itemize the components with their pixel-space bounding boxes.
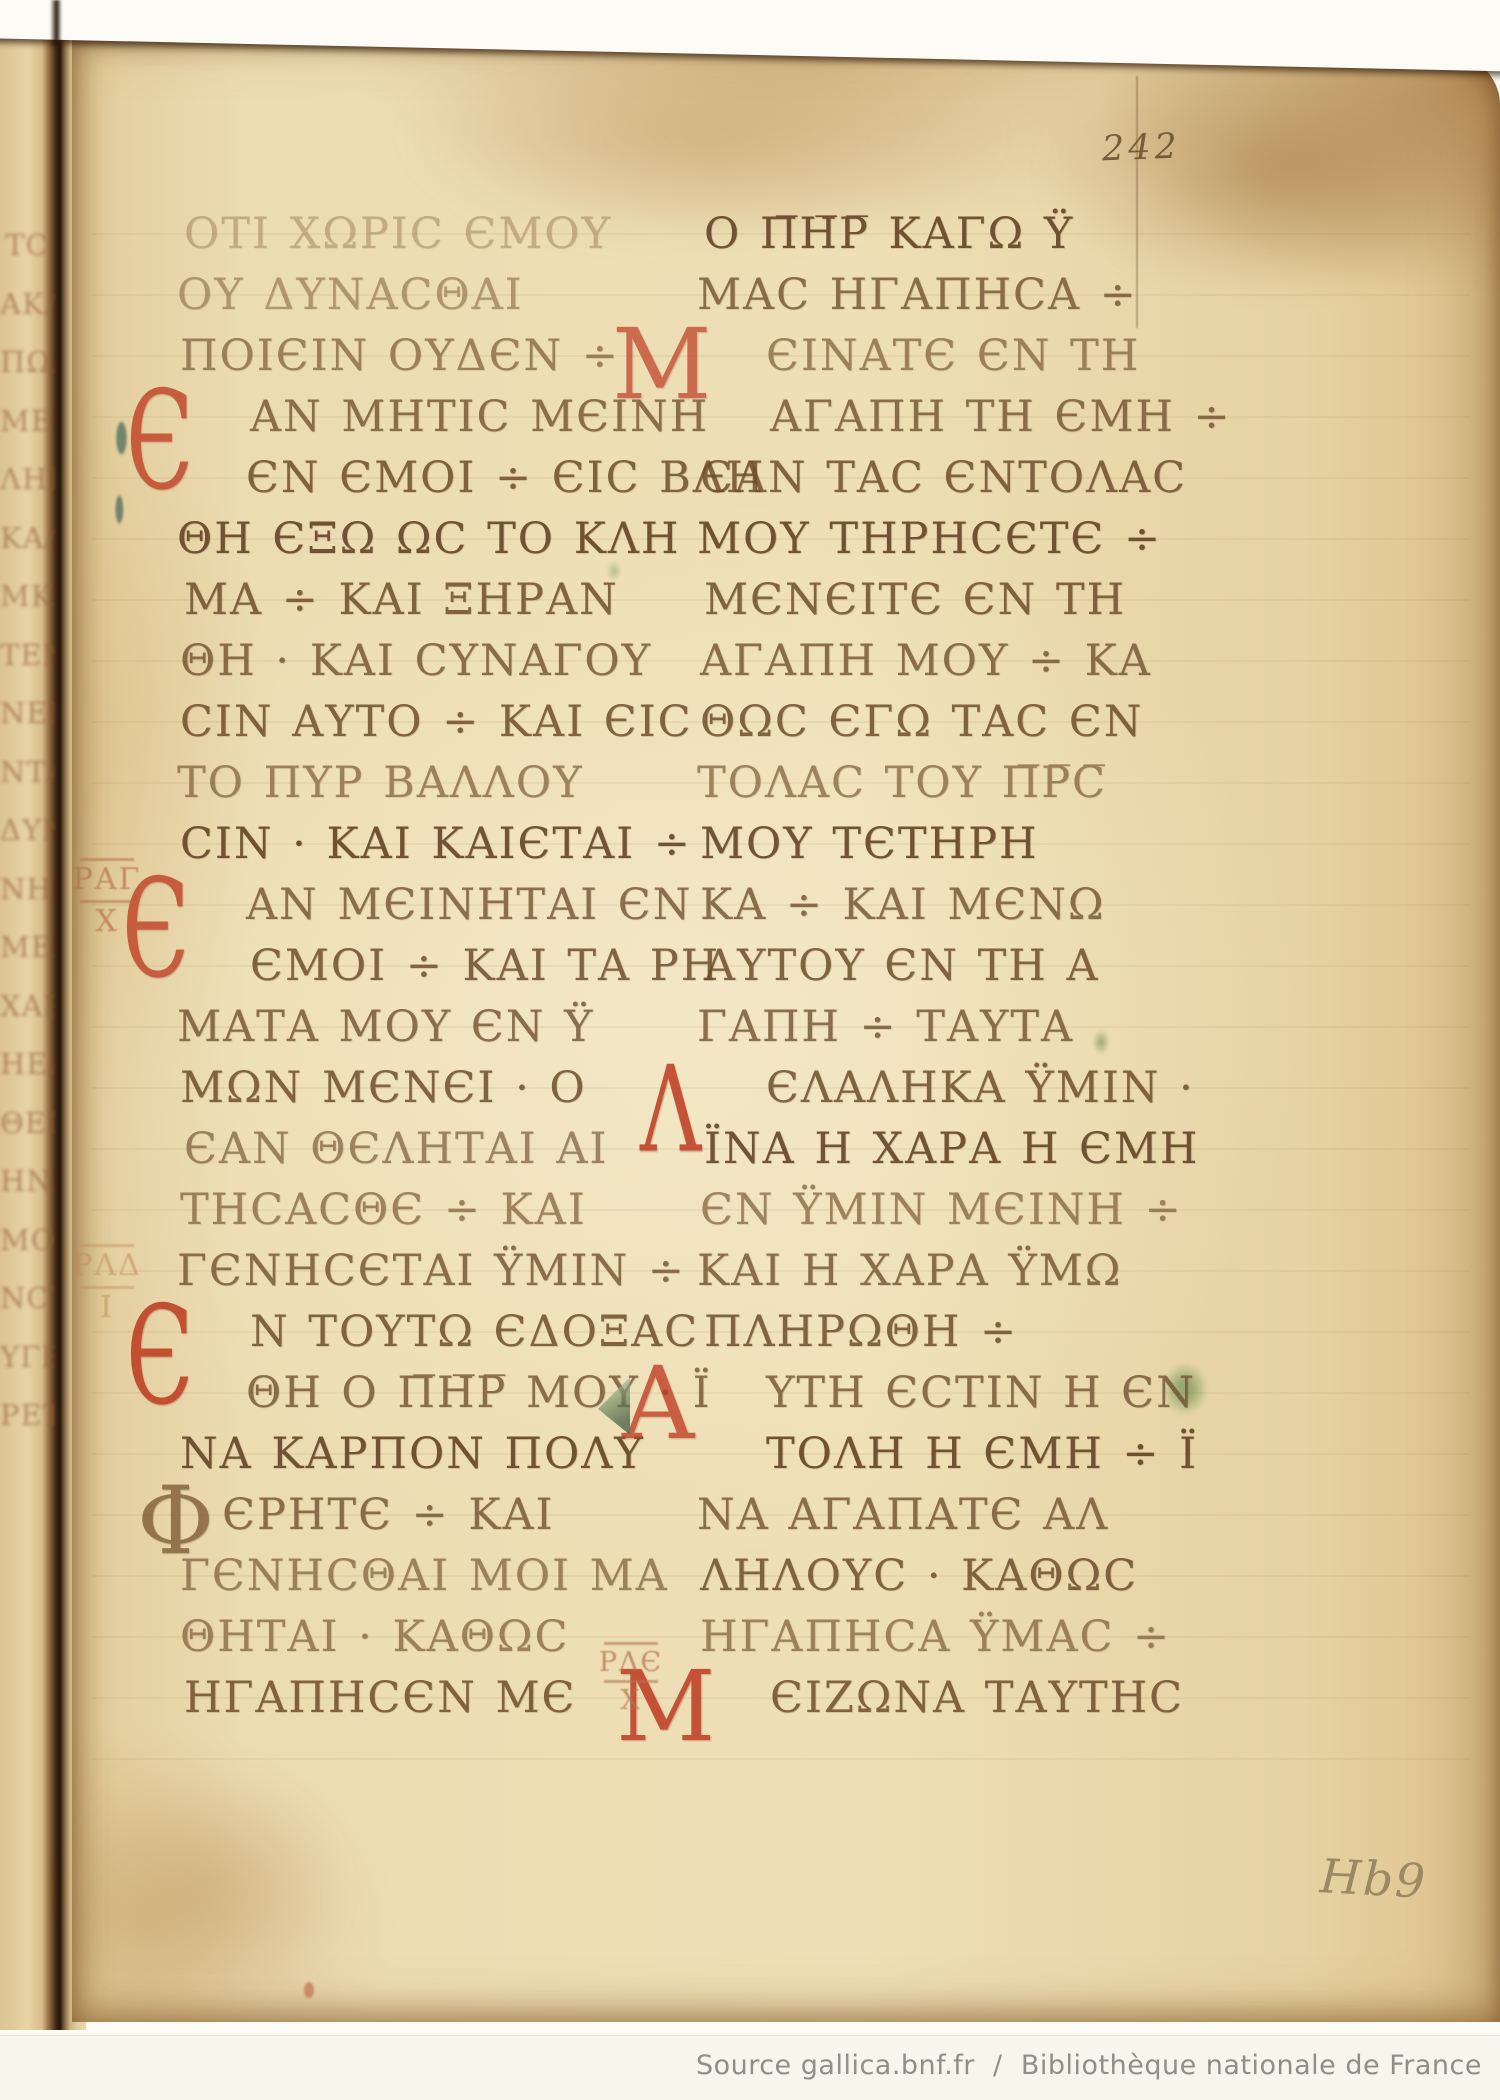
line-text: ΝΑ ΑΓΑΠΑΤЄ ΑΛ bbox=[697, 1490, 1109, 1540]
line-text: ЄΙΝΑΤЄ ЄΝ ΤΗ bbox=[766, 331, 1140, 381]
kephalaion-subletter: Χ bbox=[72, 905, 142, 940]
text-line: ΪΝΑ Η ΧΑΡΑ Η ЄΜΗ bbox=[704, 1119, 1194, 1180]
caption-bar: Source gallica.bnf.fr / Bibliothèque nat… bbox=[0, 2035, 1500, 2100]
line-text: ΠΟΙЄΙΝ ΟΥΔЄΝ ÷ bbox=[180, 331, 620, 381]
text-line: ЄΝ ЄΜΟΙ ÷ ЄΙϹ ΒΛΗ bbox=[180, 448, 670, 509]
ghost-text-fragment: ΛΗΠΑΙ bbox=[0, 450, 54, 509]
kephalaion-rule bbox=[604, 1642, 658, 1645]
ghost-text-fragment: ΜΕΝ bbox=[0, 392, 54, 451]
line-text: ЄΑΝ ΤΑϹ ЄΝΤΟΛΑϹ bbox=[700, 453, 1187, 503]
text-line: ΜΑϹ ΗΓΑΠΗϹΑ ÷ bbox=[697, 265, 1187, 326]
line-text: ΜΑΤΑ ΜΟΥ ЄΝ Ϋ bbox=[177, 1002, 594, 1052]
line-text: ΘΗΤΑΙ · ΚΑΘΩϹ bbox=[180, 1612, 569, 1662]
text-line: ΜЄΝЄΙΤЄ ЄΝ ΤΗ bbox=[704, 570, 1194, 631]
line-text: ΤΗϹΑϹΘЄ ÷ ΚΑΙ bbox=[180, 1185, 587, 1235]
kephalaion-mark-1: ΡΑΓ Χ bbox=[72, 856, 142, 939]
line-text: ΗΓΑΠΗϹΑ ΫΜΑϹ ÷ bbox=[700, 1612, 1171, 1662]
line-text: ΘΗ ЄΞΩ ΩϹ ΤΟ ΚΛΗ bbox=[177, 514, 680, 564]
text-line: ΠΛΗΡΩΘΗ ÷ bbox=[704, 1302, 1194, 1363]
line-text: ΜΟΥ ΤЄΤΗΡΗ bbox=[700, 819, 1039, 869]
text-line: ΑΓΑΠΗ ΤΗ ЄΜΗ ÷ bbox=[704, 387, 1194, 448]
line-text: ΑΝ ΜЄΙΝΗΤΑΙ ЄΝ bbox=[246, 880, 692, 930]
text-line: ΜЄΙΖΩΝΑ ΤΑΥΤΗϹ bbox=[704, 1668, 1194, 1729]
ghost-text-fragment: ΘΕΝ bbox=[0, 1094, 54, 1153]
text-line: ΑΥΤΟΥ ЄΝ ΤΗ Α bbox=[704, 936, 1194, 997]
text-line: ΤΗϹΑϹΘЄ ÷ ΚΑΙ bbox=[180, 1180, 670, 1241]
text-line: ϹΙΝ · ΚΑΙ ΚΑΙЄΤΑΙ ÷ bbox=[180, 814, 670, 875]
ghost-text-fragment: ΚΑΛΤϹ bbox=[0, 509, 54, 568]
line-text: ΤΟΛΗ Η ЄΜΗ ÷ Ϊ bbox=[766, 1429, 1198, 1479]
line-text: ΟΤΙ ΧΩΡΙϹ ЄΜΟΥ bbox=[184, 209, 612, 259]
text-line: ЄΑΝ ΜΗΤΙϹ ΜЄΙΝΗ bbox=[184, 387, 674, 448]
line-text: ЄΝ ЄΜΟΙ ÷ ЄΙϹ ΒΛΗ bbox=[246, 453, 765, 503]
line-text: ΓΑΠΗ ÷ ΤΑΥΤΑ bbox=[697, 1002, 1074, 1052]
ghost-text-fragment: ΑΚΛ bbox=[0, 275, 54, 334]
ghost-text-fragment: ΗΕΛΑ bbox=[0, 1035, 54, 1094]
line-text: ЄΜΟΙ ÷ ΚΑΙ ΤΑ ΡΗ bbox=[250, 941, 720, 991]
text-line: ΜЄΙΝΑΤЄ ЄΝ ΤΗ bbox=[700, 326, 1190, 387]
manuscript-photo: ΤϹΑΚΛΠΩΛΑΜΕΝΛΗΠΑΙΚΑΛΤϹΜΚΑΨΤΕΝΑΝΕΡΑΨΝΤΑΕΙ… bbox=[0, 0, 1500, 2100]
line-text: ΜΟΥ ΤΗΡΗϹЄΤЄ ÷ bbox=[697, 514, 1162, 564]
text-line: ΚΑ ÷ ΚΑΙ ΜЄΝΩ bbox=[700, 875, 1190, 936]
kephalaion-rule bbox=[80, 900, 134, 903]
line-text: ΤΟ ΠΥΡ ΒΑΛΛΟΥ bbox=[177, 758, 584, 808]
kephalaion-numeral: ΡΑΓ bbox=[73, 862, 142, 897]
text-line: ΝΑ ΑΓΑΠΑΤЄ ΑΛ bbox=[697, 1485, 1187, 1546]
gutter-shadow-top bbox=[50, 0, 62, 46]
text-line: ΦЄΡΗΤЄ ÷ ΚΑΙ bbox=[177, 1485, 667, 1546]
line-text: ΑΓΑΠΗ ΜΟΥ ÷ ΚΑ bbox=[700, 636, 1152, 686]
ghost-text-fragment: ΝΗΡ bbox=[0, 860, 54, 919]
line-text: ЄΡΗΤЄ ÷ ΚΑΙ bbox=[222, 1490, 554, 1540]
line-text: ΟΥ ΔΥΝΑϹΘΑΙ bbox=[177, 270, 524, 320]
kephalaion-rule bbox=[80, 1286, 134, 1289]
line-text: ϹΙΝ ΑΥΤΟ ÷ ΚΑΙ ЄΙϹ bbox=[180, 697, 693, 747]
line-text: ΑΓΑΠΗ ΤΗ ЄΜΗ ÷ bbox=[770, 392, 1232, 442]
left-text-column: ΟΤΙ ΧΩΡΙϹ ЄΜΟΥΟΥ ΔΥΝΑϹΘΑΙΠΟΙЄΙΝ ΟΥΔЄΝ ÷Є… bbox=[180, 204, 670, 1729]
kephalaion-mark-2: ΡΛΔ Ι bbox=[72, 1242, 142, 1325]
text-line: Ο Π̅Η̅Ρ̅ ΚΑΓΩ Ϋ bbox=[704, 204, 1194, 265]
text-line: ΝΑ ΚΑΡΠΟΝ ΠΟΛΥ bbox=[180, 1424, 670, 1485]
line-text: ΜΑϹ ΗΓΑΠΗϹΑ ÷ bbox=[697, 270, 1138, 320]
initial-letter: Α bbox=[622, 1361, 696, 1446]
source-caption: Source gallica.bnf.fr / Bibliothèque nat… bbox=[696, 2036, 1482, 2100]
ghost-text-fragment: ΡΕΤ bbox=[0, 1386, 54, 1445]
book-spread: ΤϹΑΚΛΠΩΛΑΜΕΝΛΗΠΑΙΚΑΛΤϹΜΚΑΨΤΕΝΑΝΕΡΑΨΝΤΑΕΙ… bbox=[0, 0, 1500, 2030]
text-line: ΘΗ · ΚΑΙ ϹΥΝΑΓΟΥ bbox=[180, 631, 670, 692]
text-line: ΜΩΝ ΜЄΝЄΙ · Ο bbox=[180, 1058, 670, 1119]
text-line: ΜΟΥ ΤЄΤΗΡΗ bbox=[700, 814, 1190, 875]
line-text: ΓЄΝΗϹЄΤΑΙ ΫΜΙΝ ÷ bbox=[177, 1246, 686, 1296]
ghost-text-fragment: ΜΚΑΨ bbox=[0, 567, 54, 626]
text-line: ЄΝ ΫΜΙΝ ΜЄΙΝΗ ÷ bbox=[700, 1180, 1190, 1241]
line-text: ΝΑ ΚΑΡΠΟΝ ΠΟΛΥ bbox=[180, 1429, 645, 1479]
text-line: ΜΑ ÷ ΚΑΙ ΞΗΡΑΝ bbox=[184, 570, 674, 631]
kephalaion-rule bbox=[604, 1680, 658, 1683]
text-line: ΑΓΑΠΗ ΜΟΥ ÷ ΚΑ bbox=[700, 631, 1190, 692]
right-text-column: Ο Π̅Η̅Ρ̅ ΚΑΓΩ ΫΜΑϹ ΗΓΑΠΗϹΑ ÷ΜЄΙΝΑΤЄ ЄΝ Τ… bbox=[700, 204, 1190, 1729]
text-line: ЄΜΟΙ ÷ ΚΑΙ ΤΑ ΡΗ bbox=[184, 936, 674, 997]
ghost-text-fragment: ΜΟϹ bbox=[0, 1211, 54, 1270]
line-text: ϹΙΝ · ΚΑΙ ΚΑΙЄΤΑΙ ÷ bbox=[180, 819, 692, 869]
text-line: ΤΟΛΗ Η ЄΜΗ ÷ Ϊ bbox=[700, 1424, 1190, 1485]
text-line: ΟΤΙ ΧΩΡΙϹ ЄΜΟΥ bbox=[184, 204, 674, 265]
line-text: ΥΤΗ ЄϹΤΙΝ Η ЄΝ bbox=[766, 1368, 1196, 1418]
line-text: ΜЄΝЄΙΤЄ ЄΝ ΤΗ bbox=[704, 575, 1126, 625]
text-line: ΤΟ ΠΥΡ ΒΑΛΛΟΥ bbox=[177, 753, 667, 814]
text-line: ЄΑΝ ΜЄΙΝΗΤΑΙ ЄΝ bbox=[180, 875, 670, 936]
line-text: ЄΛΑΛΗΚΑ ΫΜΙΝ · bbox=[766, 1063, 1195, 1113]
line-text: ΓЄΝΗϹΘΑΙ ΜΟΙ ΜΑ bbox=[180, 1551, 669, 1601]
ghost-text-fragment: ΤΕΝΑ bbox=[0, 626, 54, 685]
line-text: ЄΝ ΫΜΙΝ ΜЄΙΝΗ ÷ bbox=[700, 1185, 1183, 1235]
text-line: ΜΟΥ ΤΗΡΗϹЄΤЄ ÷ bbox=[697, 509, 1187, 570]
line-text: ΪΝΑ Η ΧΑΡΑ Η ЄΜΗ bbox=[704, 1124, 1199, 1174]
text-line: ΟΥ ΔΥΝΑϹΘΑΙ bbox=[177, 265, 667, 326]
line-text: ΘΩϹ ЄΓΩ ΤΑϹ ЄΝ bbox=[700, 697, 1143, 747]
line-text: ΑΥΤΟΥ ЄΝ ΤΗ Α bbox=[704, 941, 1100, 991]
text-line: ΘΗ Ο Π̅Η̅Ρ̅ ΜΟΥ · Ϊ bbox=[180, 1363, 670, 1424]
kephalaion-rule bbox=[80, 1244, 134, 1247]
line-text: ЄΑΝ ΘЄΛΗΤΑΙ ΑΙ bbox=[184, 1124, 608, 1174]
text-line: ΓΑΠΗ ÷ ΤΑΥΤΑ bbox=[697, 997, 1187, 1058]
kephalaion-mark-3: ΡΛЄ Χ bbox=[596, 1640, 666, 1716]
line-text: ЄΙΖΩΝΑ ΤΑΥΤΗϹ bbox=[770, 1673, 1184, 1723]
ghost-text-fragment: ΔΥΝΑΤ bbox=[0, 801, 54, 860]
text-line: ΘΩϹ ЄΓΩ ΤΑϹ ЄΝ bbox=[700, 692, 1190, 753]
initial-letter: Λ bbox=[640, 1060, 703, 1161]
line-text: ΜΩΝ ΜЄΝЄΙ · Ο bbox=[180, 1063, 587, 1113]
kephalaion-subletter: Χ bbox=[596, 1685, 666, 1716]
stain-bottom-left bbox=[64, 1774, 344, 2004]
initial-letter: Μ bbox=[612, 324, 713, 406]
red-fleck bbox=[304, 1982, 314, 1998]
ghost-text-fragment: ΥΓΕ bbox=[0, 1328, 54, 1387]
kephalaion-rule bbox=[80, 858, 134, 861]
text-line: ΤΟΛΑϹ ΤΟΥ Π̅Ρ̅Ϲ̅ bbox=[697, 753, 1187, 814]
text-line: ΜΑΤΑ ΜΟΥ ЄΝ Ϋ bbox=[177, 997, 667, 1058]
parchment-page: 242 ΟΤΙ ΧΩΡΙϹ ЄΜΟΥΟΥ ΔΥΝΑϹΘΑΙΠΟΙЄΙΝ ΟΥΔЄ… bbox=[72, 34, 1500, 2022]
text-line: ΗΓΑΠΗϹΑ ΫΜΑϹ ÷ bbox=[700, 1607, 1190, 1668]
line-text: ΘΗ · ΚΑΙ ϹΥΝΑΓΟΥ bbox=[180, 636, 652, 686]
ghost-text-fragment: ΝΤΑΕΙ bbox=[0, 743, 54, 802]
text-line: ΛЄΛΑΛΗΚΑ ΫΜΙΝ · bbox=[700, 1058, 1190, 1119]
line-text: ΗΓΑΠΗϹЄΝ ΜЄ bbox=[184, 1673, 576, 1723]
text-line: ЄΝ ΤΟΥΤΩ ЄΔΟΞΑϹ bbox=[184, 1302, 674, 1363]
text-line: ΚΑΙ Η ΧΑΡΑ ΫΜΩ bbox=[697, 1241, 1187, 1302]
ghost-text-fragment: ΤϹ bbox=[0, 216, 54, 275]
line-text: ΤΟΛΑϹ ΤΟΥ Π̅Ρ̅Ϲ̅ bbox=[697, 758, 1107, 808]
kephalaion-subletter: Ι bbox=[72, 1291, 142, 1326]
line-text: ΜΑ ÷ ΚΑΙ ΞΗΡΑΝ bbox=[184, 575, 619, 625]
text-line: ΠΟΙЄΙΝ ΟΥΔЄΝ ÷ bbox=[180, 326, 670, 387]
text-line: ΓЄΝΗϹΘΑΙ ΜΟΙ ΜΑ bbox=[180, 1546, 670, 1607]
text-line: ΛΗΛΟΥϹ · ΚΑΘΩϹ bbox=[700, 1546, 1190, 1607]
line-text: Ο Π̅Η̅Ρ̅ ΚΑΓΩ Ϋ bbox=[704, 209, 1074, 259]
kephalaion-numeral: ΡΛЄ bbox=[599, 1647, 663, 1678]
text-line: ЄΑΝ ΤΑϹ ЄΝΤΟΛΑϹ bbox=[700, 448, 1190, 509]
ghost-text-fragment: ΝϹΤΑ bbox=[0, 1269, 54, 1328]
ghost-text-fragment: ΧΑΡ bbox=[0, 977, 54, 1036]
text-line: ϹΙΝ ΑΥΤΟ ÷ ΚΑΙ ЄΙϹ bbox=[180, 692, 670, 753]
line-text: ΚΑ ÷ ΚΑΙ ΜЄΝΩ bbox=[700, 880, 1106, 930]
kephalaion-numeral: ΡΛΔ bbox=[72, 1248, 142, 1283]
ghost-text-fragment: ΝΕΡΑΨ bbox=[0, 684, 54, 743]
text-line: ΑΥΤΗ ЄϹΤΙΝ Η ЄΝ bbox=[700, 1363, 1190, 1424]
text-line: ЄΑΝ ΘЄΛΗΤΑΙ ΑΙ bbox=[184, 1119, 674, 1180]
ghost-text-fragment: ΠΩΛΑ bbox=[0, 333, 54, 392]
line-text: ΚΑΙ Η ΧΑΡΑ ΫΜΩ bbox=[697, 1246, 1122, 1296]
text-line: ΘΗ ЄΞΩ ΩϹ ΤΟ ΚΛΗ bbox=[177, 509, 667, 570]
facing-page-ghost-text: ΤϹΑΚΛΠΩΛΑΜΕΝΛΗΠΑΙΚΑΛΤϹΜΚΑΨΤΕΝΑΝΕΡΑΨΝΤΑΕΙ… bbox=[0, 216, 54, 1476]
text-line: ΓЄΝΗϹЄΤΑΙ ΫΜΙΝ ÷ bbox=[177, 1241, 667, 1302]
ghost-text-fragment: ΜΕΛ bbox=[0, 918, 54, 977]
ghost-text-fragment: ΗΝΛ bbox=[0, 1152, 54, 1211]
line-text: ΠΛΗΡΩΘΗ ÷ bbox=[704, 1307, 1018, 1357]
page-number: 242 bbox=[1101, 127, 1181, 170]
initial-decoration bbox=[116, 422, 127, 454]
quire-signature: Hb9 bbox=[1319, 1849, 1429, 1910]
line-text: ΛΗΛΟΥϹ · ΚΑΘΩϹ bbox=[700, 1551, 1138, 1601]
